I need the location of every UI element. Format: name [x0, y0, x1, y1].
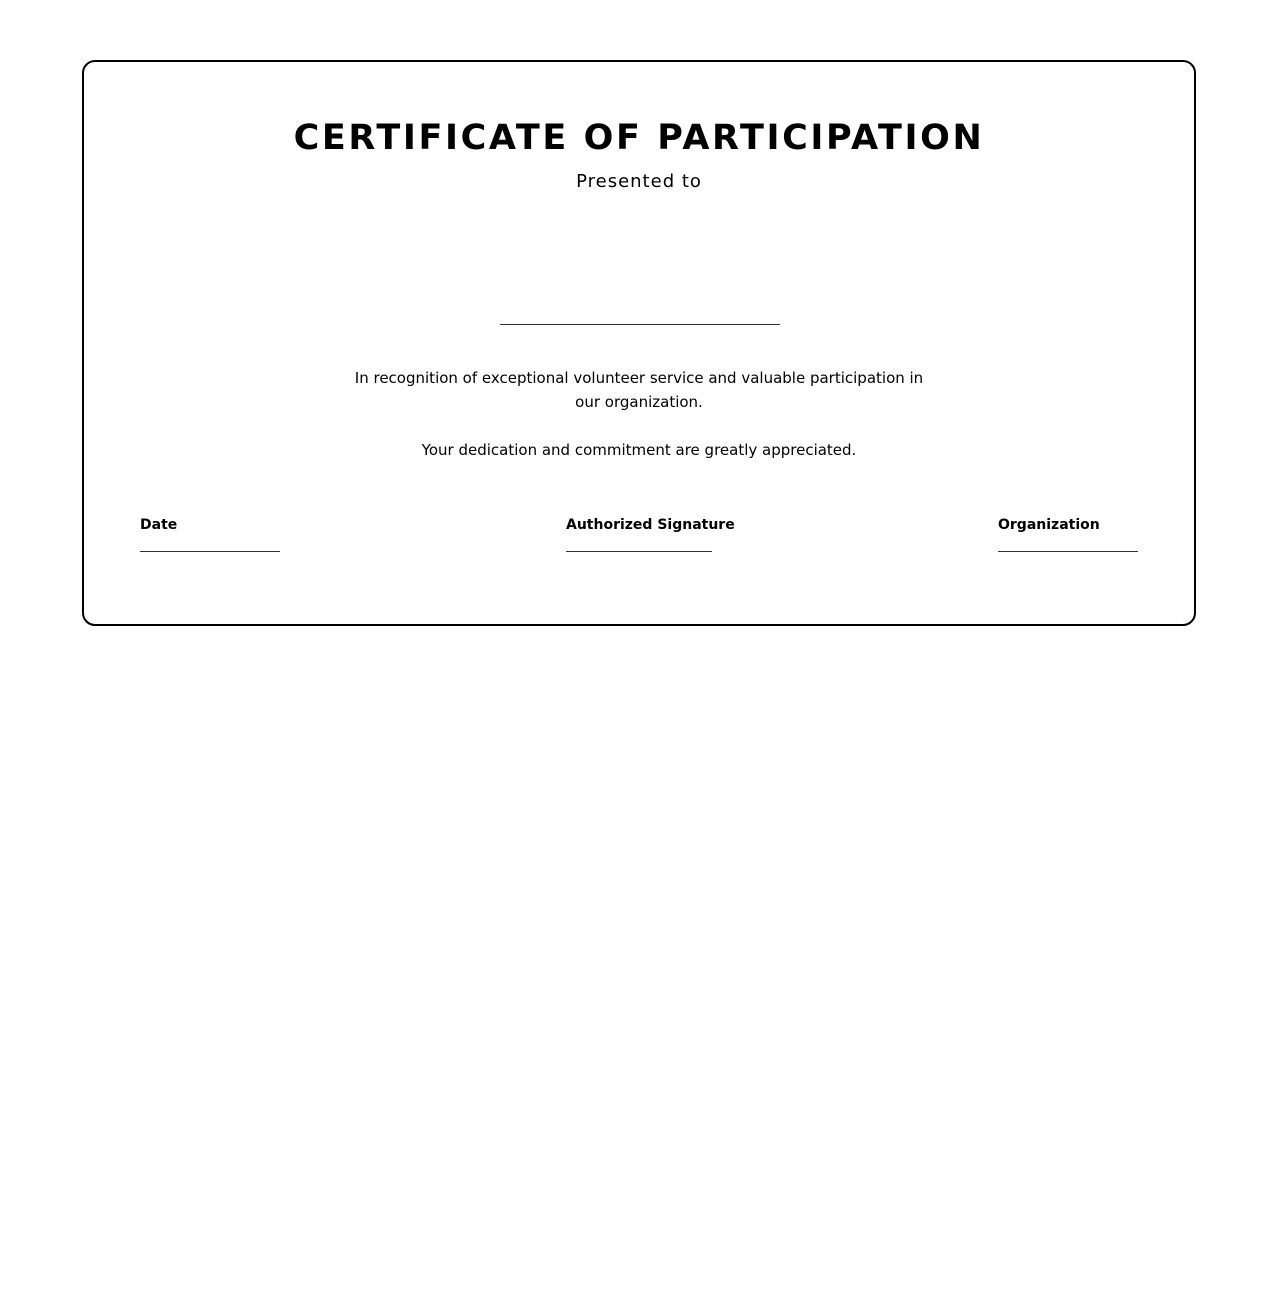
date-field: Date	[140, 515, 280, 552]
organization-line	[998, 551, 1138, 552]
organization-label: Organization	[998, 515, 1138, 535]
authorized-signature-line	[566, 551, 712, 552]
certificate-card: CERTIFICATE OF PARTICIPATION Presented t…	[82, 60, 1196, 626]
appreciation-text: Your dedication and commitment are great…	[354, 438, 924, 462]
certificate-title: CERTIFICATE OF PARTICIPATION	[84, 116, 1194, 160]
recipient-name-line	[500, 324, 780, 325]
presented-to-label: Presented to	[84, 169, 1194, 195]
authorized-signature-field: Authorized Signature	[566, 515, 735, 552]
recognition-text: In recognition of exceptional volunteer …	[354, 366, 924, 414]
date-label: Date	[140, 515, 280, 535]
organization-field: Organization	[998, 515, 1138, 552]
authorized-signature-label: Authorized Signature	[566, 515, 735, 535]
date-line	[140, 551, 280, 552]
